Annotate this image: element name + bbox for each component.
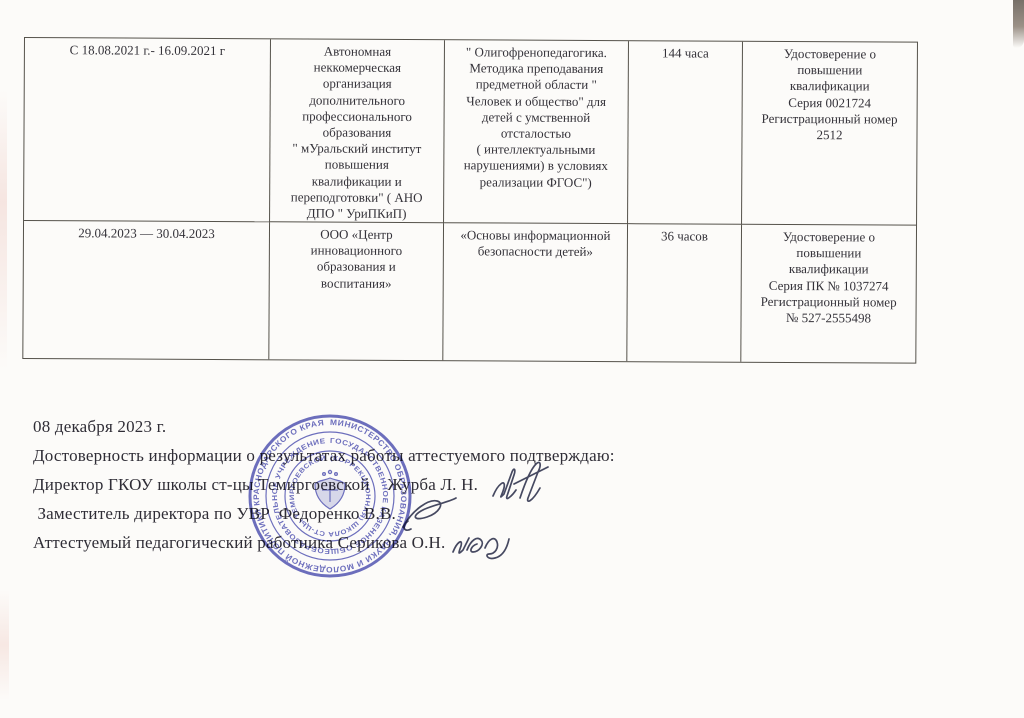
table-cell-course-row2: «Основы информационной безопасности дете… bbox=[443, 223, 628, 361]
scanned-document-page: С 18.08.2021 г.- 16.09.2021 г Автономная… bbox=[0, 0, 1024, 718]
table-cell-organization-row2: ООО «Центр инновационного образования и … bbox=[269, 222, 444, 360]
table-cell-hours-row1: 144 часа bbox=[628, 41, 743, 225]
table-cell-course-row1: " Олигофренопедагогика. Методика препода… bbox=[444, 40, 629, 224]
signature-zhurba bbox=[490, 458, 556, 510]
scan-corner-artifact bbox=[1013, 0, 1024, 48]
table-cell-certificate-row1: Удостоверение о повышении квалификации С… bbox=[742, 42, 917, 226]
qualification-courses-table: С 18.08.2021 г.- 16.09.2021 г Автономная… bbox=[22, 37, 918, 364]
round-school-stamp: МИНИСТЕРСТВО ОБРАЗОВАНИЯ, НАУКИ И МОЛОДЕ… bbox=[246, 412, 414, 580]
signature-serikova bbox=[451, 530, 515, 562]
scan-edge-smudge bbox=[0, 90, 7, 370]
table-cell-certificate-row2: Удостоверение о повышении квалификации С… bbox=[741, 225, 916, 363]
scan-edge-smudge bbox=[0, 590, 9, 700]
table-cell-period-row2: 29.04.2023 — 30.04.2023 bbox=[23, 221, 270, 359]
table-cell-period-row1: С 18.08.2021 г.- 16.09.2021 г bbox=[24, 38, 271, 222]
stamp-center-emblem bbox=[315, 470, 345, 509]
signature-fedorenko bbox=[399, 491, 461, 535]
table-cell-organization-row1: Автономная неккомерческая организация до… bbox=[270, 39, 445, 223]
document-date: 08 декабря 2023 г. bbox=[33, 417, 166, 436]
table-cell-hours-row2: 36 часов bbox=[627, 224, 742, 362]
